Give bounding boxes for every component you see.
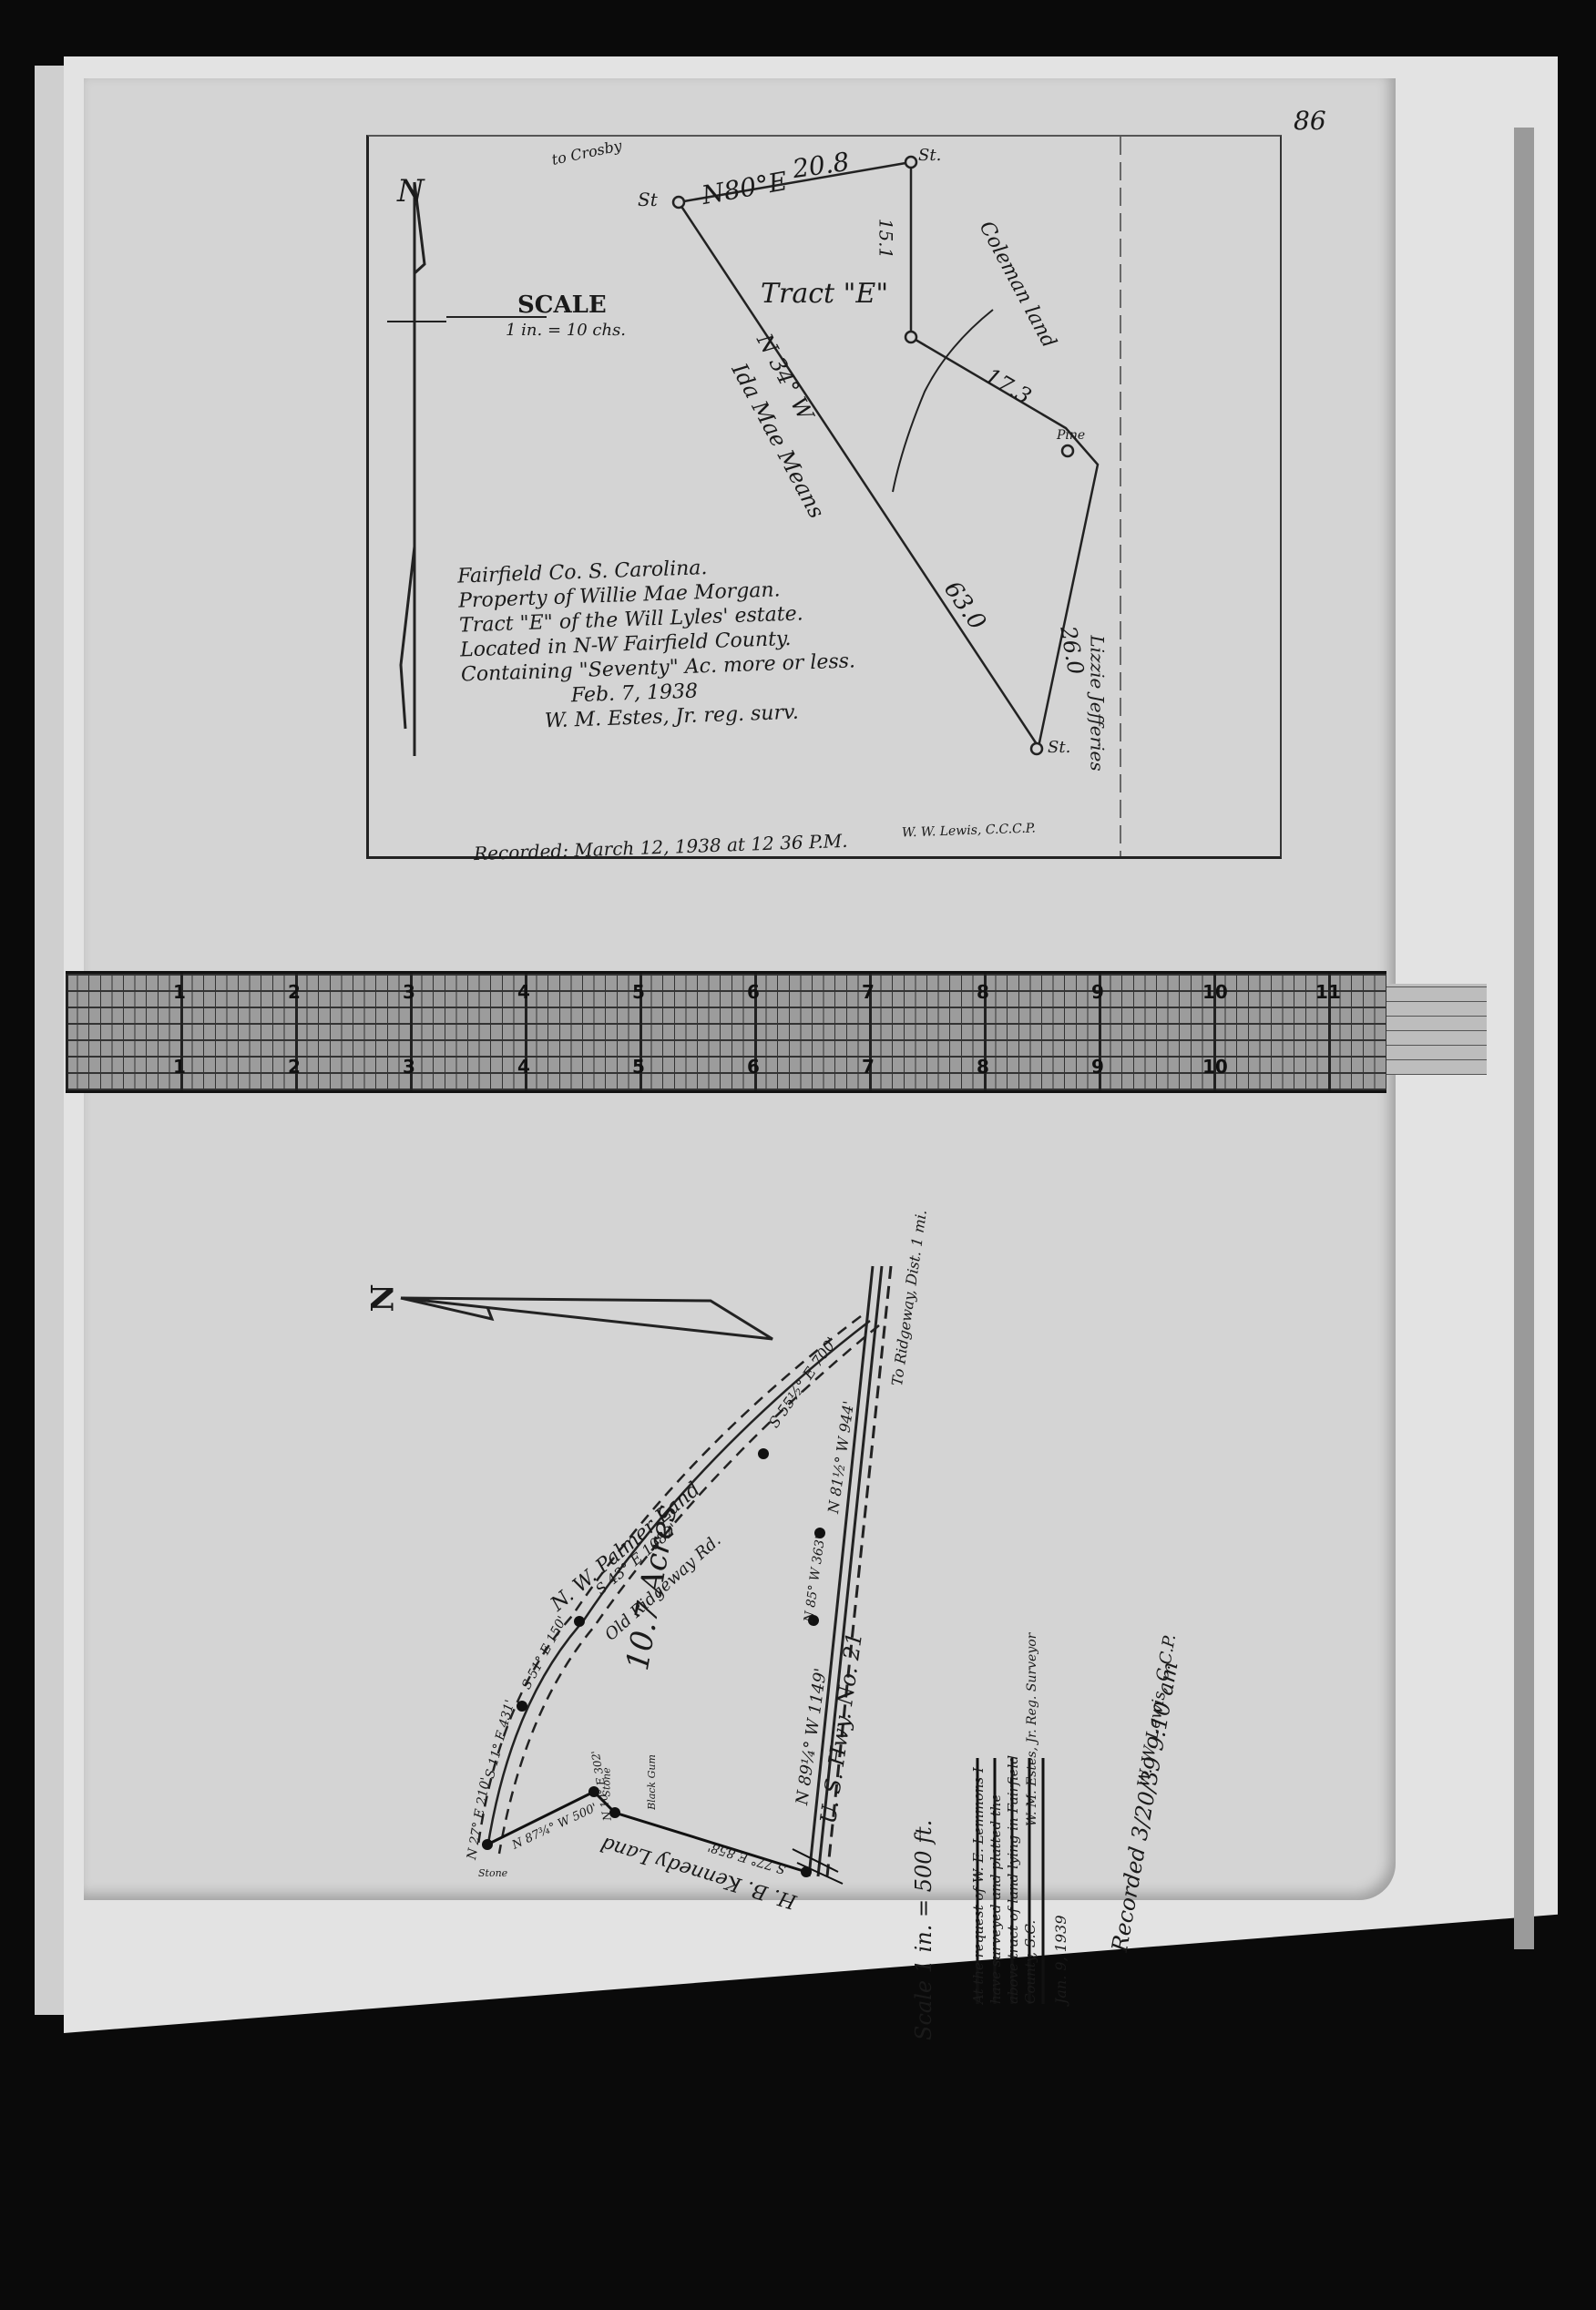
- corner-ne: St.: [918, 146, 941, 165]
- lower-north-label: N: [365, 1283, 402, 1312]
- ruler-mark: 4: [517, 1056, 530, 1078]
- ruler-mark: 11: [1315, 981, 1341, 1003]
- north-arrow-icon: [387, 182, 446, 756]
- corner-start: St: [638, 189, 658, 210]
- lower-scale-label: Scale 1 in. = 500 ft.: [911, 1820, 936, 2040]
- corner-stone-2: Stone: [601, 1767, 613, 1796]
- ruler-mark: 7: [862, 981, 875, 1003]
- corner-black-gum: Black Gum: [646, 1754, 658, 1810]
- corner-pine: Pine: [1057, 428, 1085, 443]
- course-2: 15.1: [875, 219, 896, 260]
- ruler-mark: 8: [977, 981, 989, 1003]
- ruler-mark: 8: [977, 1056, 989, 1078]
- ruler-mark: 10: [1202, 981, 1228, 1003]
- corner-south: St.: [1048, 738, 1070, 757]
- ruler-mark: 9: [1091, 1056, 1104, 1078]
- ruler-mark: 3: [403, 1056, 415, 1078]
- ruler-mark: 6: [747, 1056, 760, 1078]
- ruler-mark: 2: [288, 981, 301, 1003]
- ruler-mark: 4: [517, 981, 530, 1003]
- ruler-mark: 10: [1202, 1056, 1228, 1078]
- plat-linework: [0, 0, 1596, 2310]
- ruler-mark: 1: [173, 981, 186, 1003]
- lower-surveyor: W. M. Estes, Jr. Reg. Surveyor: [1025, 1633, 1039, 1826]
- lower-north-arrow-icon: [401, 1298, 772, 1339]
- north-label: N: [397, 173, 425, 210]
- title-block: Fairfield Co. S. Carolina. Property of W…: [457, 550, 857, 736]
- corner-stone: Stone: [478, 1867, 507, 1879]
- ruler-mark: 7: [862, 1056, 875, 1078]
- scale-value: 1 in. = 10 chs.: [506, 321, 626, 340]
- certificate-date: Jan. 9, 1939: [1052, 1916, 1069, 2005]
- ruler-mark: 1: [173, 1056, 186, 1078]
- ruler-mark: 9: [1091, 981, 1104, 1003]
- scale-title: SCALE: [517, 291, 607, 319]
- ruler-mark: 2: [288, 1056, 301, 1078]
- ruler-mark: 6: [747, 981, 760, 1003]
- ruler-mark: 5: [632, 1056, 645, 1078]
- ruler-mark: 3: [403, 981, 415, 1003]
- ruler-end: [1386, 984, 1487, 1075]
- ruler-mark: 5: [632, 981, 645, 1003]
- adjoiner-southeast: Lizzie Jefferies: [1087, 635, 1109, 771]
- measuring-ruler: 1 2 3 4 5 6 7 8 9 10 11 1 2 3 4 5 6 7 8 …: [66, 971, 1386, 1093]
- tract-label: Tract "E": [761, 278, 888, 310]
